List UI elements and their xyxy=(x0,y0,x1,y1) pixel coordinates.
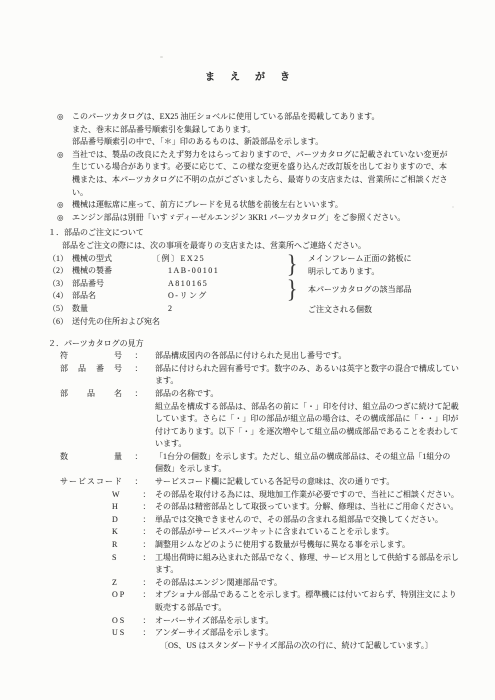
colon-separator: ： xyxy=(138,589,155,614)
definition-text: 「1台分の個数」を示します。ただし、組立品の構成部品は、その組立品「1組分の 個… xyxy=(155,451,469,476)
service-code: OS xyxy=(112,615,138,628)
scanned-document-page: まえがき ◎ このパーツカタログは、EX25 油圧ショベルに使用している部品を掲… xyxy=(0,0,495,700)
row-number: （3） xyxy=(48,278,72,291)
right-brace-icon: } xyxy=(287,277,301,303)
row-label: 送付先の住所および宛名 xyxy=(72,316,152,329)
service-code-row: S ： 工場出荷時に組み込まれた部品でなく、修理、サービス用として供給する部品を… xyxy=(112,552,469,577)
row-value: 〔例〕EX25 xyxy=(152,253,205,266)
text-line: 調整用シムなどのように使用する数量が号機毎に異なる事を示します。 xyxy=(155,539,469,552)
text-line: 機械は運転席に座って、前方にブレードを見る状態を前後左右といいます。 xyxy=(72,199,469,212)
service-code: W xyxy=(112,489,138,502)
service-code-text: 調整用シムなどのように使用する数量が号機毎に異なる事を示します。 xyxy=(155,539,469,552)
definition-row: 符号 ： 部品構成図内の各部品に付けられた見出し番号です。 xyxy=(60,350,469,363)
service-code-row: US ： アンダーサイズ部品を示します。 〔OS、US はスタンダードサイズ部品… xyxy=(112,627,469,652)
preface-bullet-text: このパーツカタログは、EX25 油圧ショベルに使用している部品を掲載してあります… xyxy=(72,111,469,149)
colon-separator: ： xyxy=(138,489,155,502)
preface-bullet-text: 機械は運転席に座って、前方にブレードを見る状態を前後左右といいます。 xyxy=(72,199,469,212)
text-line: このパーツカタログは、EX25 油圧ショベルに使用している部品を掲載してあります… xyxy=(72,111,469,124)
colon-separator: ： xyxy=(138,627,155,652)
right-brace-icon: } xyxy=(287,252,301,278)
order-info-table: （1） 機械の型式 〔例〕EX25 （2） 機械の製番 1AB-00101 （3… xyxy=(48,253,469,330)
section-heading: ２．パーツカタログの見方 xyxy=(48,338,469,351)
service-code: S xyxy=(112,552,138,577)
row-number: （1） xyxy=(48,253,72,266)
service-code-text: アンダーサイズ部品を示します。 〔OS、US はスタンダードサイズ部品の次の行に… xyxy=(155,627,469,652)
service-code-row: K ： その部品がサービスパーツキットに含まれていることを示します。 xyxy=(112,526,469,539)
size-note-line: 〔OS、US はスタンダードサイズ部品の次の行に、続けて記載しています。〕 xyxy=(155,640,469,653)
service-code-text: その部品を取付ける為には、現地加工作業が必要ですので、当社にご相談ください。 xyxy=(155,489,469,502)
text-line: オプショナル部品であることを示します。標準機には付いておらず、特別注文により xyxy=(155,589,469,602)
text-line: 販売する部品です。 xyxy=(155,602,469,615)
colon-separator: ： xyxy=(138,526,155,539)
double-circle-bullet-icon: ◎ xyxy=(57,212,72,225)
colon-separator: ： xyxy=(122,451,155,476)
service-code: Z xyxy=(112,577,138,590)
definition-text: サービスコード欄に記載している各記号の意味は、次の通りです。 xyxy=(155,476,469,489)
service-code-text: その部品は精密部品として取扱っています。分解、修理は、当社にご用命ください。 xyxy=(155,501,469,514)
service-code-row: OS ： オーバーサイズ部品を示します。 xyxy=(112,615,469,628)
text-line: オーバーサイズ部品を示します。 xyxy=(155,615,469,628)
text-line: 付けてあります。以下「・」を逐次増やして組立品の構成部品であることを表わして xyxy=(155,426,469,439)
scan-artifact xyxy=(160,56,163,58)
row-label: 部品番号 xyxy=(72,278,152,291)
text-line: 単品では交換できませんので、その部品の含まれる組部品で交換してください。 xyxy=(155,514,469,527)
catalog-legend-section: ２．パーツカタログの見方 符号 ： 部品構成図内の各部品に付けられた見出し番号で… xyxy=(48,338,469,653)
text-line: 当社では、製品の改良にたえず努力をはらっておりますので、パーツカタログに記載され… xyxy=(72,149,469,162)
row-label: 機械の製番 xyxy=(72,265,152,278)
row-number: （4） xyxy=(48,290,72,303)
definition-row: 部品名 ： 部品の名称です。 組立品を構成する部品は、部品名の前に「・」印を付け… xyxy=(60,388,469,451)
colon-separator: ： xyxy=(122,350,155,363)
definition-text: 部品構成図内の各部品に付けられた見出し番号です。 xyxy=(155,350,469,363)
definition-term: 符号 xyxy=(60,350,122,363)
colon-separator: ： xyxy=(122,476,155,489)
colon-separator: ： xyxy=(138,539,155,552)
preface-bullet: ◎ このパーツカタログは、EX25 油圧ショベルに使用している部品を掲載してあり… xyxy=(57,111,469,149)
text-line: アンダーサイズ部品を示します。 xyxy=(155,627,469,640)
row-value: 1AB-00101 xyxy=(152,265,219,278)
service-code-row: Z ： その部品はエンジン関連部品です。 xyxy=(112,577,469,590)
text-line: その部品は精密部品として取扱っています。分解、修理は、当社にご用命ください。 xyxy=(155,501,469,514)
row-label: 数量 xyxy=(72,303,152,316)
table-row: （5） 数量 2 xyxy=(48,303,469,316)
definition-term: 部品番号 xyxy=(60,363,122,388)
text-line: サービスコード欄に記載している各記号の意味は、次の通りです。 xyxy=(155,476,469,489)
definition-term: 数量 xyxy=(60,451,122,476)
definition-term: 部品名 xyxy=(60,388,122,451)
definition-row: サービスコード ： サービスコード欄に記載している各記号の意味は、次の通りです。 xyxy=(60,476,469,489)
definition-term: サービスコード xyxy=(60,476,122,489)
section-heading: １．部品のご注文について xyxy=(48,227,469,240)
text-line: 部品に付けられた固有番号です。数字のみ、あるいは英字と数字の混合で構成してい xyxy=(155,363,469,376)
service-code-row: D ： 単品では交換できませんので、その部品の含まれる組部品で交換してください。 xyxy=(112,514,469,527)
service-code: R xyxy=(112,539,138,552)
service-code-text: その部品はエンジン関連部品です。 xyxy=(155,577,469,590)
catalog-note: 本パーツカタログの該当部品 xyxy=(308,284,412,297)
definition-text: 部品に付けられた固有番号です。数字のみ、あるいは英字と数字の混合で構成してい ま… xyxy=(155,363,469,388)
row-value: O-リング xyxy=(152,290,208,303)
text-line: エンジン部品は別冊「いすゞディーゼルエンジン 3KR1 パーツカタログ」をご参照… xyxy=(72,212,469,225)
quantity-note: ご注文される個数 xyxy=(308,304,372,317)
colon-separator: ： xyxy=(138,552,155,577)
service-code: US xyxy=(112,627,138,652)
service-code: H xyxy=(112,501,138,514)
service-code-row: W ： その部品を取付ける為には、現地加工作業が必要ですので、当社にご相談くださ… xyxy=(112,489,469,502)
preface-bullet: ◎ エンジン部品は別冊「いすゞディーゼルエンジン 3KR1 パーツカタログ」をご… xyxy=(57,212,469,225)
colon-separator: ： xyxy=(138,577,155,590)
colon-separator: ： xyxy=(138,514,155,527)
service-code-text: その部品がサービスパーツキットに含まれていることを示します。 xyxy=(155,526,469,539)
text-line: います。 xyxy=(155,438,469,451)
table-row: （2） 機械の製番 1AB-00101 xyxy=(48,265,469,278)
service-code: D xyxy=(112,514,138,527)
colon-separator: ： xyxy=(122,388,155,451)
text-line: 部品構成図内の各部品に付けられた見出し番号です。 xyxy=(155,350,469,363)
row-number: （2） xyxy=(48,265,72,278)
preface-bullet: ◎ 機械は運転席に座って、前方にブレードを見る状態を前後左右といいます。 xyxy=(57,199,469,212)
service-code-text: 単品では交換できませんので、その部品の含まれる組部品で交換してください。 xyxy=(155,514,469,527)
text-line: い。 xyxy=(72,187,469,200)
service-code-row: H ： その部品は精密部品として取扱っています。分解、修理は、当社にご用命くださ… xyxy=(112,501,469,514)
text-line: しています。さらに「・」印の部品が組立品の場合は、その構成部品に「・・」印が xyxy=(155,413,469,426)
preface-bullet-text: エンジン部品は別冊「いすゞディーゼルエンジン 3KR1 パーツカタログ」をご参照… xyxy=(72,212,469,225)
definition-row: 部品番号 ： 部品に付けられた固有番号です。数字のみ、あるいは英字と数字の混合で… xyxy=(60,363,469,388)
definition-text: 部品の名称です。 組立品を構成する部品は、部品名の前に「・」印を付け、組立品のつ… xyxy=(155,388,469,451)
table-row: （6） 送付先の住所および宛名 xyxy=(48,316,469,329)
text-line: ます。 xyxy=(155,564,469,577)
nameplate-note: メインフレーム正面の銘板に xyxy=(308,253,412,266)
preface-section: ◎ このパーツカタログは、EX25 油圧ショベルに使用している部品を掲載してあり… xyxy=(57,111,469,224)
page-title: まえがき xyxy=(0,0,495,84)
row-value: A810165 xyxy=(152,278,208,291)
text-line: 個数」を示します。 xyxy=(155,463,469,476)
section-intro: 部品をご注文の際には、次の事項を最寄りの支店または、営業所へご連絡ください。 xyxy=(48,240,469,253)
text-line: 工場出荷時に組み込まれた部品でなく、修理、サービス用として供給する部品を示し xyxy=(155,552,469,565)
colon-separator: ： xyxy=(138,615,155,628)
text-line: その部品を取付ける為には、現地加工作業が必要ですので、当社にご相談ください。 xyxy=(155,489,469,502)
double-circle-bullet-icon: ◎ xyxy=(57,149,72,199)
text-line: 部品番号順索引の中で、「＊」印のあるものは、新設部品を示します。 xyxy=(72,136,469,149)
row-value: 2 xyxy=(152,303,174,316)
text-line: その部品がサービスパーツキットに含まれていることを示します。 xyxy=(155,526,469,539)
service-code-row: R ： 調整用シムなどのように使用する数量が号機毎に異なる事を示します。 xyxy=(112,539,469,552)
text-line: 機または、本パーツカタログに不明の点がございましたら、最寄りの支店または、営業所… xyxy=(72,174,469,187)
text-line: ます。 xyxy=(155,375,469,388)
colon-separator: ： xyxy=(138,501,155,514)
text-line: 組立品を構成する部品は、部品名の前に「・」印を付け、組立品のつぎに続けて記載 xyxy=(155,401,469,414)
ordering-section: １．部品のご注文について 部品をご注文の際には、次の事項を最寄りの支店または、営… xyxy=(48,227,469,329)
service-code: K xyxy=(112,526,138,539)
scan-artifact xyxy=(452,206,454,208)
colon-separator: ： xyxy=(122,363,155,388)
preface-bullet-text: 当社では、製品の改良にたえず努力をはらっておりますので、パーツカタログに記載され… xyxy=(72,149,469,199)
text-line: 「1台分の個数」を示します。ただし、組立品の構成部品は、その組立品「1組分の xyxy=(155,451,469,464)
nameplate-note: 明示してあります。 xyxy=(308,266,379,279)
text-line: 部品の名称です。 xyxy=(155,388,469,401)
text-line: その部品はエンジン関連部品です。 xyxy=(155,577,469,590)
row-number: （6） xyxy=(48,316,72,329)
service-code-text: 工場出荷時に組み込まれた部品でなく、修理、サービス用として供給する部品を示し ま… xyxy=(155,552,469,577)
text-line: 生じている場合があります。必要に応じて、この様な変更を盛り込んだ改訂版を出してお… xyxy=(72,161,469,174)
service-code-text: オプショナル部品であることを示します。標準機には付いておらず、特別注文により 販… xyxy=(155,589,469,614)
definition-row: 数量 ： 「1台分の個数」を示します。ただし、組立品の構成部品は、その組立品「1… xyxy=(60,451,469,476)
row-number: （5） xyxy=(48,303,72,316)
preface-bullet: ◎ 当社では、製品の改良にたえず努力をはらっておりますので、パーツカタログに記載… xyxy=(57,149,469,199)
row-label: 部品名 xyxy=(72,290,152,303)
row-label: 機械の型式 xyxy=(72,253,152,266)
service-code-text: オーバーサイズ部品を示します。 xyxy=(155,615,469,628)
text-line: また、巻末に部品番号順索引を集録してあります。 xyxy=(72,124,469,137)
double-circle-bullet-icon: ◎ xyxy=(57,111,72,149)
service-code-row: OP ： オプショナル部品であることを示します。標準機には付いておらず、特別注文… xyxy=(112,589,469,614)
double-circle-bullet-icon: ◎ xyxy=(57,199,72,212)
service-code: OP xyxy=(112,589,138,614)
